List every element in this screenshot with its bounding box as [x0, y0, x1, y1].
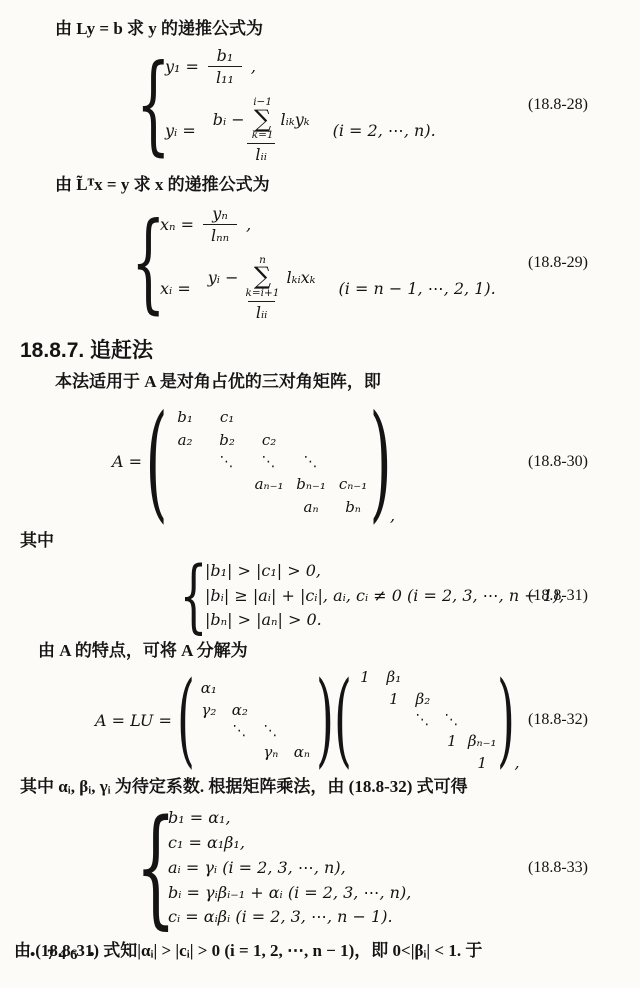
page-number: • 746 • [30, 947, 99, 964]
matrix-cell: cₙ₋₁ [339, 475, 367, 493]
ddots-icon: ⋱ [304, 454, 319, 470]
matrix-cell: α₂ [232, 701, 248, 719]
equation-18-8-30: A = ( b₁ c₁ a₂ b₂ c₂ ⋱ ⋱ ⋱ aₙ₋₁ bₙ₋₁ cₙ₋… [112, 399, 640, 525]
num-right: lₖᵢxₖ [286, 268, 315, 287]
matrix-cell: 1 [477, 754, 487, 772]
equation-number: (18.8-31) [528, 587, 588, 605]
eq29-line1: xₙ = yₙ lₙₙ , [160, 204, 496, 245]
equation-18-8-33: { b₁ = α₁, c₁ = α₁β₁, aᵢ = γᵢ (i = 2, 3,… [148, 804, 640, 932]
matrix-cell: bₙ₋₁ [296, 475, 326, 493]
equation-number: (18.8-28) [528, 96, 588, 114]
fraction: bᵢ − i−1 ∑ k=1 lᵢₖyₖ lᵢᵢ [205, 97, 318, 164]
eq28-line1: y₁ = b₁ l₁₁ , [165, 46, 436, 87]
left-brace-icon: { [140, 209, 156, 317]
num-right: lᵢₖyₖ [281, 110, 310, 129]
cases-group: { xₙ = yₙ lₙₙ , xᵢ = yᵢ − [140, 204, 496, 322]
matrix-cell: aₙ [304, 498, 319, 516]
num-left: yᵢ − [208, 268, 239, 287]
cases-group: { y₁ = b₁ l₁₁ , yᵢ = bᵢ − [145, 46, 436, 164]
matrix-cell: b₂ [219, 431, 235, 449]
matrix-cell: γₙ [263, 743, 278, 761]
eq29-line1-tail: , [246, 215, 251, 234]
matrix-cell: a₂ [178, 431, 193, 449]
matrix-cell: bₙ [345, 498, 361, 516]
sum-lower-limit: k=1 [252, 130, 274, 142]
equation-number: (18.8-32) [528, 711, 588, 729]
denominator: lₙₙ [203, 224, 237, 245]
eq32-lhs: A = LU = [95, 711, 172, 730]
num-left: bᵢ − [213, 110, 245, 129]
left-paren-icon: ( [334, 669, 352, 771]
ddots-icon: ⋱ [220, 454, 235, 470]
eq33-row: cᵢ = αᵢβᵢ (i = 2, 3, ⋯, n − 1). [168, 905, 411, 930]
sum-lower-limit: k=i+1 [245, 288, 279, 300]
numerator: bᵢ − i−1 ∑ k=1 lᵢₖyₖ [205, 97, 318, 143]
numerator: yᵢ − n ∑ k=i+1 lₖᵢxₖ [200, 255, 324, 301]
fraction: b₁ l₁₁ [208, 46, 242, 87]
sigma-icon: ∑ [254, 109, 271, 131]
eq31-row: |b₁| > |c₁| > 0, [205, 559, 564, 584]
eq29-line2: xᵢ = yᵢ − n ∑ k=i+1 lₖᵢxₖ lᵢᵢ [160, 255, 496, 322]
summation: n ∑ k=i+1 [245, 255, 279, 300]
eq28-condition: (i = 2, ⋯, n). [333, 121, 436, 140]
matrix-cell: β₁ [387, 668, 402, 686]
matrix-cell: c₂ [262, 431, 276, 449]
fraction: yᵢ − n ∑ k=i+1 lₖᵢxₖ lᵢᵢ [200, 255, 324, 322]
equation-number: (18.8-30) [528, 453, 588, 471]
denominator: lᵢᵢ [248, 301, 276, 322]
eq30-lhs: A = [112, 452, 142, 471]
ddots-icon: ⋱ [444, 712, 459, 728]
left-brace-icon: { [185, 556, 201, 636]
left-paren-icon: ( [148, 399, 166, 525]
matrix-a: b₁ c₁ a₂ b₂ c₂ ⋱ ⋱ ⋱ aₙ₋₁ bₙ₋₁ cₙ₋₁ aₙ b… [166, 408, 372, 516]
paragraph-qizhong: 其中 [0, 525, 640, 552]
equation-number: (18.8-33) [528, 859, 588, 877]
equation-18-8-28: { y₁ = b₁ l₁₁ , yᵢ = bᵢ − [145, 46, 640, 164]
ddots-icon: ⋱ [232, 723, 247, 739]
matrix-cell: b₁ [177, 408, 193, 426]
scanned-textbook-page: 由 Ly = b 求 y 的递推公式为 { y₁ = b₁ l₁₁ , yᵢ = [0, 0, 640, 988]
matrix-cell: β₂ [416, 690, 431, 708]
summation: i−1 ∑ k=1 [252, 97, 274, 142]
eq28-line2: yᵢ = bᵢ − i−1 ∑ k=1 lᵢₖyₖ lᵢᵢ [165, 97, 436, 164]
equation-18-8-31: { |b₁| > |c₁| > 0, |bᵢ| ≥ |aᵢ| + |cᵢ|, a… [185, 556, 640, 636]
eq32-tail: , [515, 753, 520, 772]
eq31-row: |bₙ| > |aₙ| > 0. [205, 608, 564, 633]
eq29-condition: (i = n − 1, ⋯, 2, 1). [339, 279, 496, 298]
equation-18-8-32: A = LU = ( α₁ γ₂ α₂ ⋱ ⋱ γₙ αₙ ) ( 1 β₁ 1… [95, 668, 640, 772]
right-paren-icon: ) [497, 669, 515, 771]
right-paren-icon: ) [316, 669, 334, 771]
paragraph-method-intro: 本法适用于 A 是对角占优的三对角矩阵，即 [0, 363, 640, 393]
matrix-cell: αₙ [294, 743, 310, 761]
matrix-cell: βₙ₋₁ [468, 732, 497, 750]
matrix-cell: 1 [447, 732, 457, 750]
paragraph-recurrence-y: 由 Ly = b 求 y 的递推公式为 [0, 0, 640, 40]
denominator: lᵢᵢ [247, 143, 275, 164]
matrix-u: 1 β₁ 1 β₂ ⋱ ⋱ 1 βₙ₋₁ 1 [352, 668, 497, 772]
numerator: b₁ [209, 46, 242, 66]
numerator: yₙ [204, 204, 236, 224]
right-paren-icon: ) [372, 399, 390, 525]
matrix-l: α₁ γ₂ α₂ ⋱ ⋱ γₙ αₙ [195, 679, 316, 761]
matrix-cell: γ₂ [201, 701, 216, 719]
matrix-cell: aₙ₋₁ [255, 475, 284, 493]
eq33-row: aᵢ = γᵢ (i = 2, 3, ⋯, n), [168, 856, 411, 881]
left-brace-icon: { [148, 804, 164, 932]
ddots-icon: ⋱ [263, 723, 278, 739]
eq31-row: |bᵢ| ≥ |aᵢ| + |cᵢ|, aᵢ, cᵢ ≠ 0 (i = 2, 3… [205, 584, 564, 609]
eq33-row: bᵢ = γᵢβᵢ₋₁ + αᵢ (i = 2, 3, ⋯, n), [168, 881, 411, 906]
sigma-icon: ∑ [254, 266, 271, 288]
matrix-cell: 1 [389, 690, 399, 708]
denominator: l₁₁ [208, 66, 242, 87]
fraction: yₙ lₙₙ [203, 204, 237, 245]
matrix-cell: 1 [360, 668, 370, 686]
paragraph-recurrence-x: 由 L̃ᵀx = y 求 x 的递推公式为 [0, 164, 640, 196]
ddots-icon: ⋱ [262, 454, 277, 470]
matrix-cell: c₁ [220, 408, 234, 426]
eq33-row: c₁ = α₁β₁, [168, 831, 411, 856]
left-brace-icon: { [145, 51, 161, 159]
left-paren-icon: ( [177, 669, 195, 771]
equation-number: (18.8-29) [528, 254, 588, 272]
eq28-line1-tail: , [251, 57, 256, 76]
eq33-row: b₁ = α₁, [168, 806, 411, 831]
equation-18-8-29: { xₙ = yₙ lₙₙ , xᵢ = yᵢ − [140, 204, 640, 322]
matrix-cell: α₁ [201, 679, 217, 697]
paragraph-decompose: 由 A 的特点，可将 A 分解为 [0, 636, 640, 662]
ddots-icon: ⋱ [415, 712, 430, 728]
section-heading: 18.8.7. 追赶法 [20, 338, 640, 363]
